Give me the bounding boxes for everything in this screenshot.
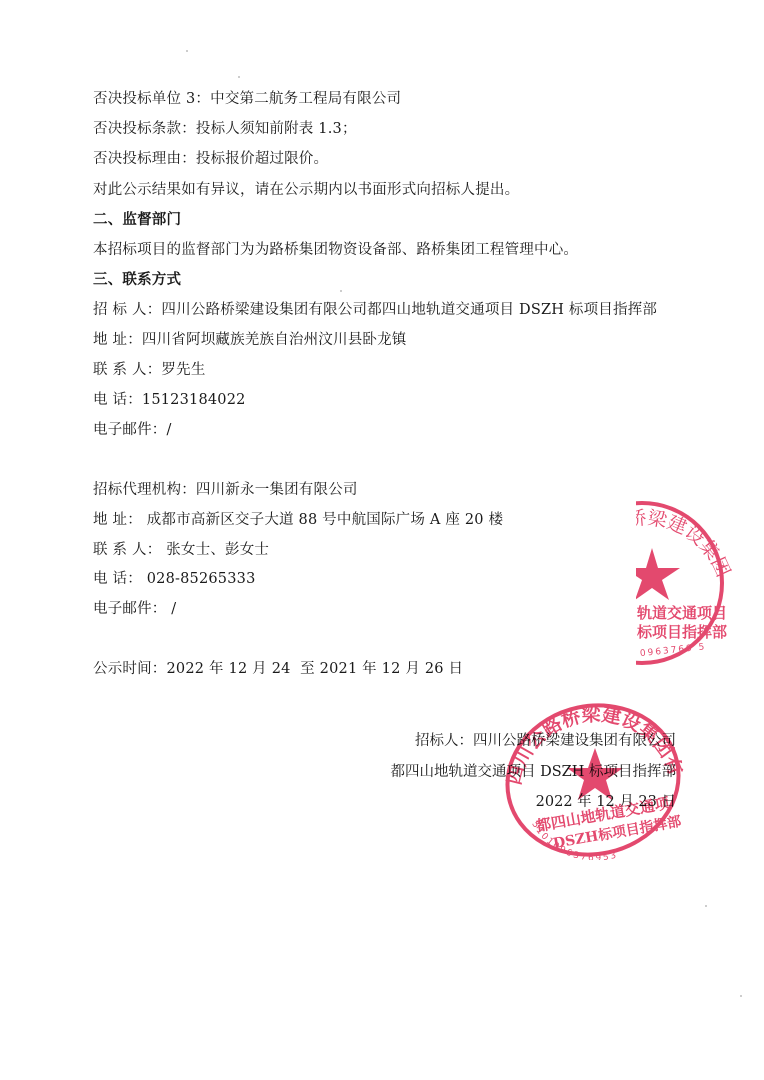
svg-text:四川公路桥梁建设集团有限公司: 四川公路桥梁建设集团有限公司 — [636, 500, 734, 580]
tenderer-address: 地 址：四川省阿坝藏族羌族自治州汶川县卧龙镇 — [93, 330, 407, 350]
supervision-body: 本招标项目的监督部门为为路桥集团物资设备部、路桥集团工程管理中心。 — [93, 240, 578, 260]
scan-speck — [740, 995, 742, 997]
rejection-reason-line: 否决投标理由：投标报价超过限价。 — [93, 149, 328, 169]
tenderer-contact: 联 系 人：罗先生 — [93, 360, 206, 380]
signature-date: 2022 年 12 月 23 日 — [536, 792, 676, 812]
rejection-clause-line: 否决投标条款：投标人须知前附表 1.3； — [93, 119, 357, 139]
tenderer-phone: 电 话：15123184022 — [93, 390, 246, 410]
document-page: 否决投标单位 3：中交第二航务工程局有限公司 否决投标条款：投标人须知前附表 1… — [0, 0, 764, 1080]
paging-seal-icon: 四川公路桥梁建设集团有限公司 轨道交通项目 标项目指挥部 0963769 5 — [636, 500, 764, 665]
signature-project-dept: 都四山地轨道交通项目 DSZH 标项目指挥部 — [391, 762, 677, 782]
svg-text:标项目指挥部: 标项目指挥部 — [636, 623, 727, 641]
rejected-bidder-line: 否决投标单位 3：中交第二航务工程局有限公司 — [93, 89, 401, 109]
agency-phone: 电 话： 028-85265333 — [93, 569, 256, 589]
section-supervision-heading: 二、监督部门 — [93, 210, 181, 230]
svg-text:轨道交通项目: 轨道交通项目 — [636, 604, 727, 622]
agency-address: 地 址： 成都市高新区交子大道 88 号中航国际广场 A 座 20 楼 — [93, 510, 503, 530]
scan-speck — [238, 76, 240, 78]
tenderer-name: 招 标 人：四川公路桥梁建设集团有限公司都四山地轨道交通项目 DSZH 标项目指… — [93, 300, 657, 320]
publicity-period: 公示时间：2022 年 12 月 24 至 2021 年 12 月 26 日 — [93, 659, 463, 679]
scan-speck — [340, 290, 342, 292]
agency-email: 电子邮件： / — [93, 599, 176, 619]
objection-note-line: 对此公示结果如有异议，请在公示期内以书面形式向招标人提出。 — [93, 180, 519, 200]
agency-contact: 联 系 人： 张女士、彭女士 — [93, 540, 269, 560]
svg-text:5101096376953: 5101096376953 — [529, 820, 619, 860]
agency-name: 招标代理机构：四川新永一集团有限公司 — [93, 480, 358, 500]
svg-text:0963769 5: 0963769 5 — [639, 642, 706, 659]
svg-text:DSZH标项目指挥部: DSZH标项目指挥部 — [552, 813, 683, 852]
scan-speck — [186, 50, 188, 52]
section-contact-heading: 三、联系方式 — [93, 270, 181, 290]
scan-speck — [705, 905, 707, 907]
signature-tenderer: 招标人：四川公路桥梁建设集团有限公司 — [415, 731, 676, 751]
tenderer-email: 电子邮件：/ — [93, 420, 172, 440]
